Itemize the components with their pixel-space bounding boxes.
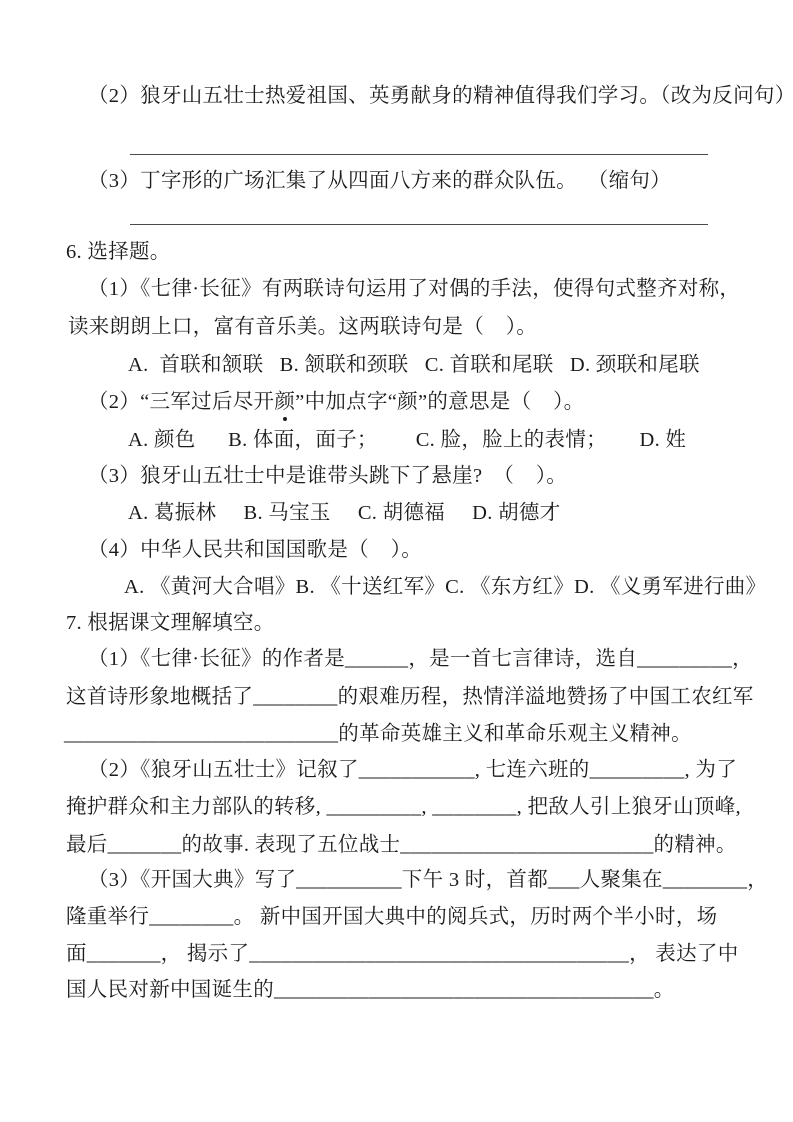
q6-sub2-emphasized-char: 颜 xyxy=(274,390,295,415)
answer-rule-2 xyxy=(130,224,708,225)
q6-sub1-stem-line1: （1）《七律·长征》有两联诗句运用了对偶的手法，使得句式整齐对称， xyxy=(88,277,740,302)
answer-rule-1 xyxy=(130,154,708,155)
q7-sub3-line3: 面_______， 揭示了___________________________… xyxy=(66,942,739,967)
q6-title: 6. 选择题。 xyxy=(66,240,171,265)
rewrite-item-2: （2）狼牙山五壮士热爱祖国、英勇献身的精神值得我们学习。（改为反问句） xyxy=(88,84,793,109)
q7-title: 7. 根据课文理解填空。 xyxy=(66,611,275,636)
q7-sub1-line3: __________________________的革命英雄主义和革命乐观主义… xyxy=(64,722,692,747)
q6-sub1-stem-line2: 读来朗朗上口，富有音乐美。这两联诗句是（ ）。 xyxy=(68,315,537,340)
q7-sub1-line2: 这首诗形象地概括了________的艰难历程，热情洋溢地赞扬了中国工农红军 xyxy=(66,685,754,710)
q7-sub3-line4: 国人民对新中国诞生的______________________________… xyxy=(66,978,675,1003)
q7-sub1-line1: （1）《七律·长征》的作者是______，是一首七言律诗，选自_________… xyxy=(88,647,753,672)
q6-sub2-stem-pre: （2）“三军过后尽开 xyxy=(88,391,274,413)
q7-sub3-line1: （3）《开国大典》写了__________下午 3 时，首都___人聚集在___… xyxy=(88,868,768,893)
q6-sub2-stem-post: ”中加点字“颜”的意思是（ ）。 xyxy=(295,391,584,413)
q7-sub2-line2: 掩护群众和主力部队的转移, _________, ________, 把敌人引上… xyxy=(66,795,741,820)
q6-sub4-stem: （4）中华人民共和国国歌是（ ）。 xyxy=(88,538,422,563)
q6-sub2-options: A. 颜色 B. 体面，面子； C. 脸，脸上的表情； D. 姓 xyxy=(128,428,686,453)
worksheet-page: （2）狼牙山五壮士热爱祖国、英勇献身的精神值得我们学习。（改为反问句） （3）丁… xyxy=(0,0,793,1122)
q7-sub2-line3: 最后_______的故事. 表现了五位战士___________________… xyxy=(66,833,737,858)
q7-sub3-line2: 隆重举行________。 新中国开国大典中的阅兵式，历时两个半小时，场 xyxy=(66,905,717,930)
q6-sub3-stem: （3）狼牙山五壮士中是谁带头跳下了悬崖? （ ）。 xyxy=(88,464,567,489)
q6-sub1-options: A. 首联和颔联 B. 颔联和颈联 C. 首联和尾联 D. 颈联和尾联 xyxy=(128,353,700,378)
q7-sub2-line1: （2）《狼牙山五壮士》记叙了___________, 七连六班的________… xyxy=(88,758,737,783)
q6-sub3-options: A. 葛振林 B. 马宝玉 C. 胡德福 D. 胡德才 xyxy=(128,501,561,526)
q6-sub4-options: A. 《黄河大合唱》B. 《十送红军》C. 《东方红》D. 《义勇军进行曲》 xyxy=(124,575,766,600)
q6-sub2-stem: （2）“三军过后尽开颜”中加点字“颜”的意思是（ ）。 xyxy=(88,390,584,415)
rewrite-item-3: （3）丁字形的广场汇集了从四面八方来的群众队伍。 （缩句） xyxy=(88,169,671,194)
